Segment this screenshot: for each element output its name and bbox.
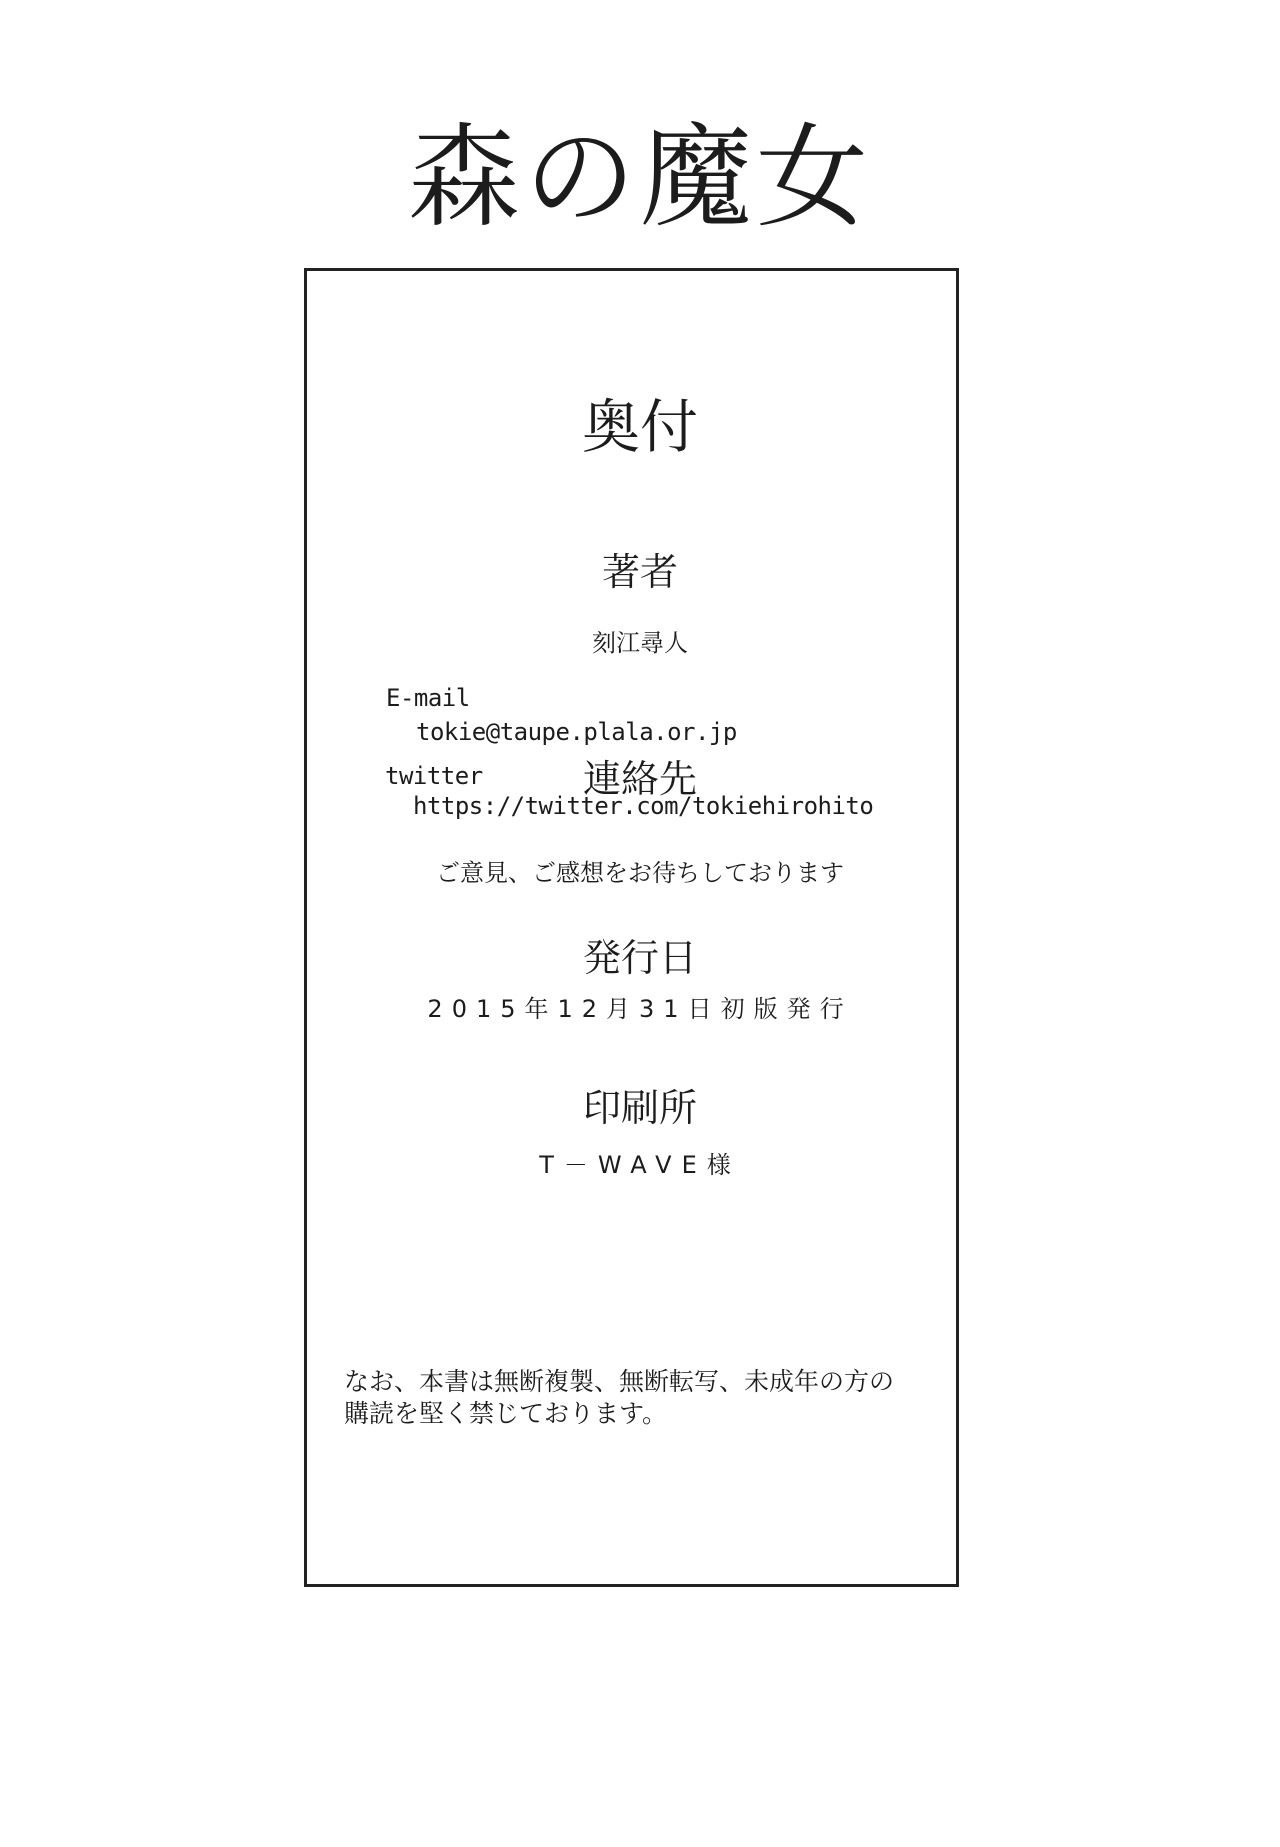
author-label: 著者 bbox=[0, 548, 1280, 596]
notice-line-1: なお、本書は無断複製、無断転写、未成年の方の bbox=[344, 1366, 894, 1398]
author-name: 刻江尋人 bbox=[0, 628, 1280, 658]
feedback-message: ご意見、ご感想をお待ちしております bbox=[0, 858, 1280, 888]
email-address[interactable]: tokie@taupe.plala.or.jp bbox=[416, 718, 737, 746]
publication-date-label: 発行日 bbox=[0, 934, 1280, 982]
colophon-heading: 奥付 bbox=[0, 392, 1280, 462]
publication-date: 2015年12月31日初版発行 bbox=[0, 994, 1280, 1024]
twitter-label: twitter bbox=[385, 762, 483, 790]
book-title: 森の魔女 bbox=[0, 118, 1280, 238]
twitter-url[interactable]: https://twitter.com/tokiehirohito bbox=[413, 792, 873, 820]
printer-name: T－WAVE様 bbox=[0, 1150, 1280, 1180]
notice-line-2: 購読を堅く禁じております。 bbox=[344, 1398, 667, 1430]
printer-label: 印刷所 bbox=[0, 1084, 1280, 1132]
email-label: E-mail bbox=[386, 684, 470, 712]
